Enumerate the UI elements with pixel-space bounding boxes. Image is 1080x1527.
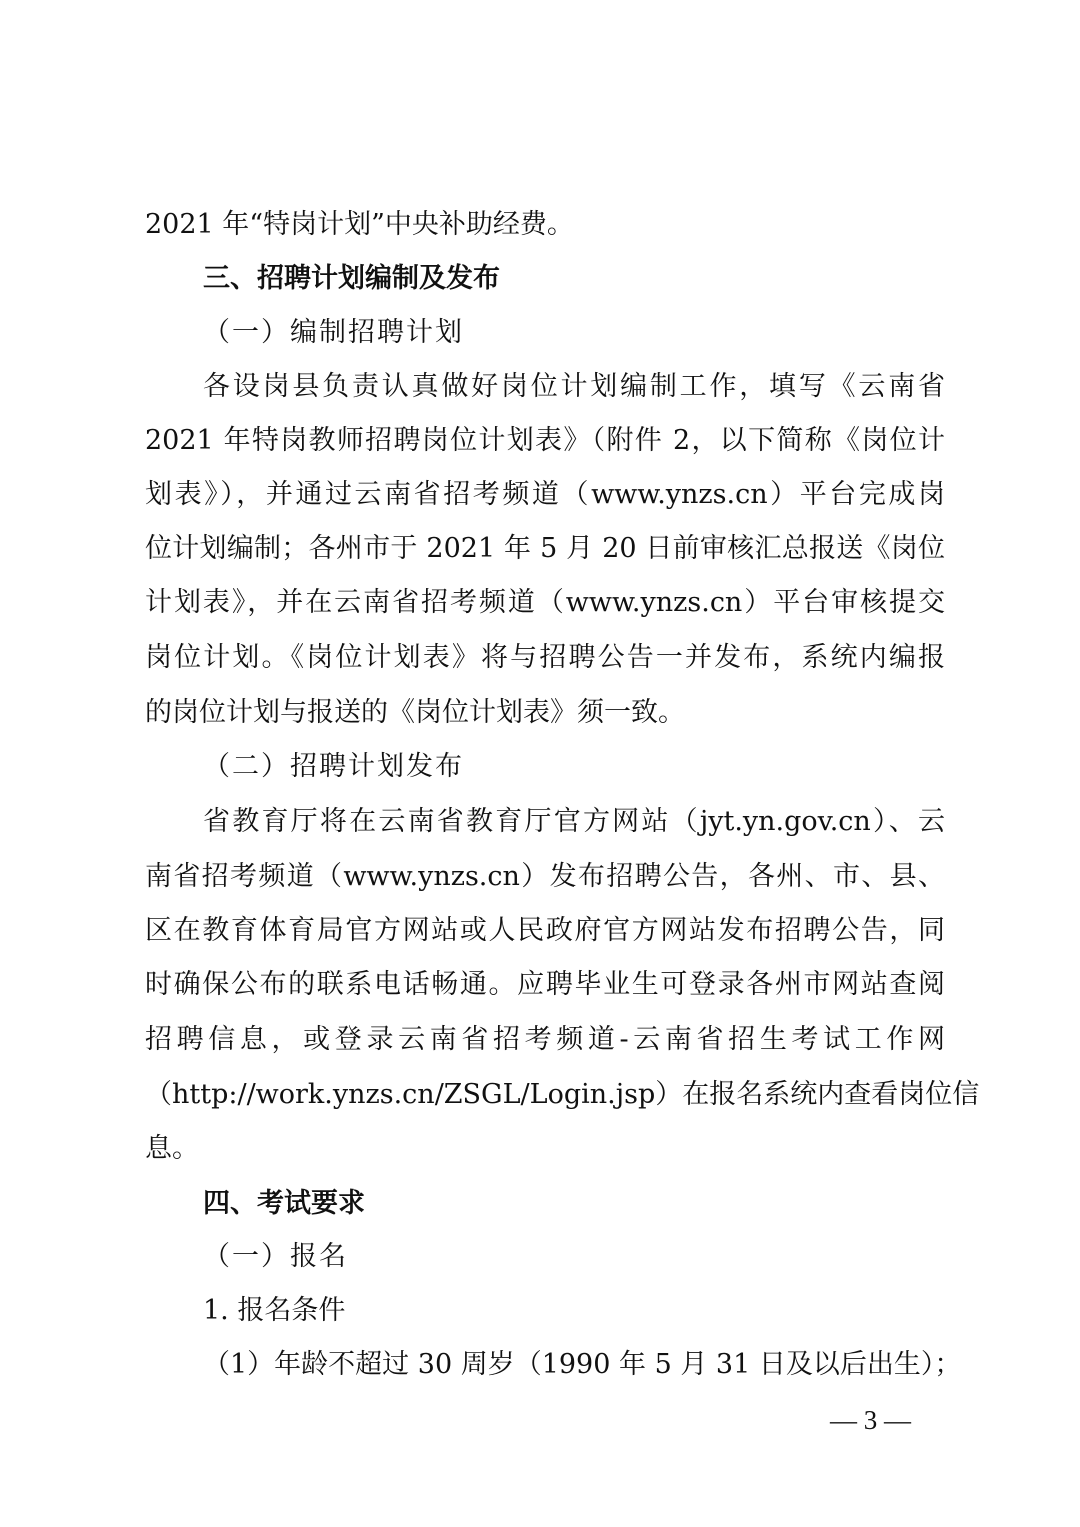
paragraph-line: 省教育厅将在云南省教育厅官方网站（jyt.yn.gov.cn）、云 bbox=[203, 795, 945, 849]
paragraph-line: 招聘信息，或登录云南省招考频道-云南省招生考试工作网 bbox=[145, 1013, 945, 1067]
paragraph-line: 各设岗县负责认真做好岗位计划编制工作，填写《云南省 bbox=[203, 360, 945, 414]
paragraph-line-funding-end: 2021 年“特岗计划”中央补助经费。 bbox=[145, 198, 945, 252]
paragraph-line: 时确保公布的联系电话畅通。应聘毕业生可登录各州市网站查阅 bbox=[145, 958, 945, 1012]
paragraph-line-login-url: （http://work.ynzs.cn/ZSGL/Login.jsp）在报名系… bbox=[145, 1068, 945, 1122]
subsection-heading-compile-plan: （一）编制招聘计划 bbox=[203, 306, 945, 360]
section-heading-4: 四、考试要求 bbox=[203, 1177, 945, 1231]
paragraph-line: 息。 bbox=[145, 1122, 945, 1176]
paragraph-line: 的岗位计划与报送的《岗位计划表》须一致。 bbox=[145, 686, 945, 740]
paragraph-line: 划表》），并通过云南省招考频道（www.ynzs.cn）平台完成岗 bbox=[145, 468, 945, 522]
paragraph-line: 计划表》，并在云南省招考频道（www.ynzs.cn）平台审核提交 bbox=[145, 576, 945, 630]
document-page: 2021 年“特岗计划”中央补助经费。 三、招聘计划编制及发布 （一）编制招聘计… bbox=[145, 0, 945, 1527]
paragraph-line: 岗位计划。《岗位计划表》将与招聘公告一并发布，系统内编报 bbox=[145, 631, 945, 685]
page-number: — 3 — bbox=[830, 1400, 911, 1440]
section-heading-3: 三、招聘计划编制及发布 bbox=[203, 252, 945, 306]
subsection-heading-registration: （一）报名 bbox=[203, 1230, 945, 1284]
paragraph-line: 位计划编制；各州市于 2021 年 5 月 20 日前审核汇总报送《岗位 bbox=[145, 522, 945, 576]
paragraph-line: 2021 年特岗教师招聘岗位计划表》（附件 2，以下简称《岗位计 bbox=[145, 414, 945, 468]
item-heading-registration-conditions: 1. 报名条件 bbox=[203, 1284, 945, 1338]
paragraph-line: 南省招考频道（www.ynzs.cn）发布招聘公告，各州、市、县、 bbox=[145, 850, 945, 904]
paragraph-line-age-requirement: （1）年龄不超过 30 周岁（1990 年 5 月 31 日及以后出生）； bbox=[203, 1338, 945, 1392]
subsection-heading-publish-plan: （二）招聘计划发布 bbox=[203, 740, 945, 794]
paragraph-line: 区在教育体育局官方网站或人民政府官方网站发布招聘公告，同 bbox=[145, 904, 945, 958]
